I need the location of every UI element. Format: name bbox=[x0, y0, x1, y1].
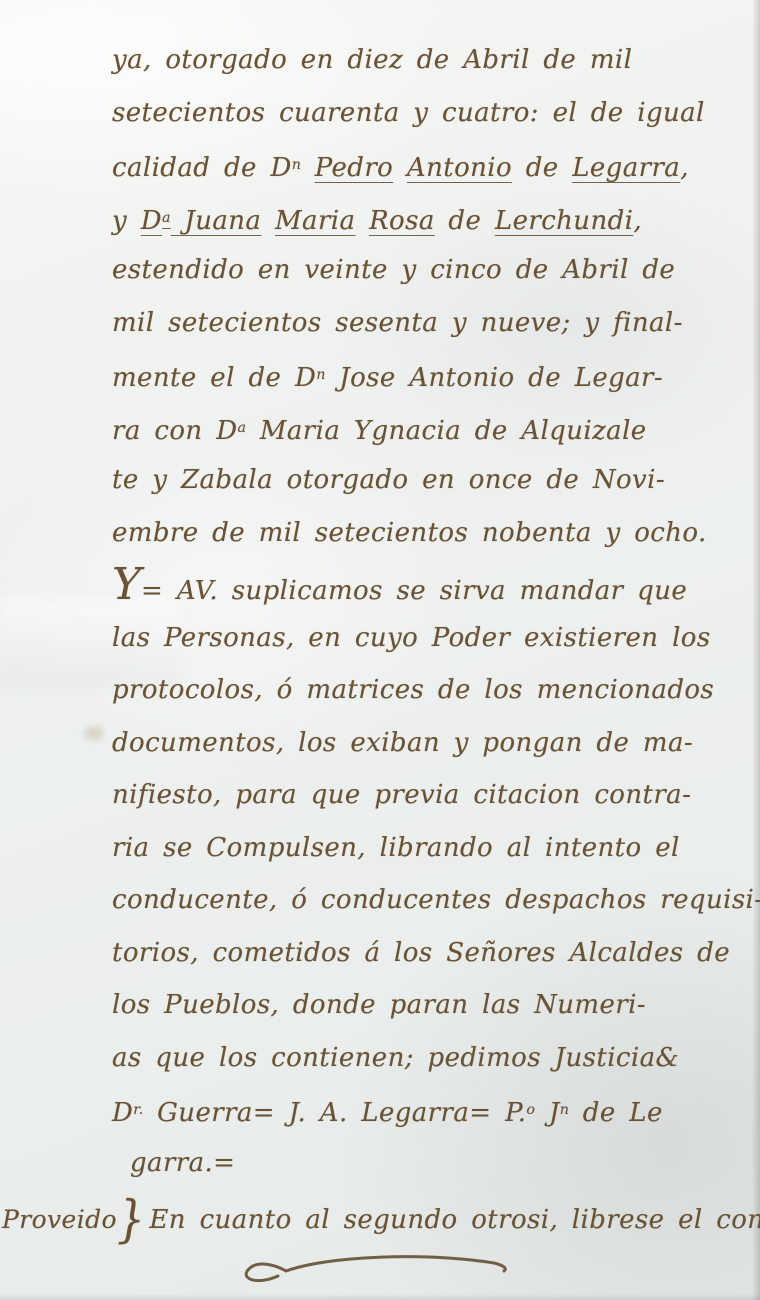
text-segment: de bbox=[512, 153, 572, 183]
manuscript-line: ria se Compulsen, librando al intento el bbox=[112, 822, 728, 875]
text-segment: a bbox=[237, 420, 246, 436]
text-segment: J bbox=[535, 1098, 560, 1128]
text-segment: setecientos cuarenta y cuatro: el de igu… bbox=[112, 98, 705, 128]
text-segment: o bbox=[526, 1102, 535, 1118]
text-segment: Lerchundi bbox=[495, 206, 633, 236]
text-segment: Guerra= J. A. Legarra= P. bbox=[143, 1098, 526, 1128]
text-segment bbox=[355, 206, 369, 236]
manuscript-line: protocolos, ó matrices de los mencionado… bbox=[112, 664, 728, 717]
text-segment: Maria bbox=[275, 206, 355, 236]
manuscript-line: Y= AV. suplicamos se sirva mandar que bbox=[112, 559, 728, 612]
text-segment: Pedro bbox=[315, 153, 393, 183]
paper-stain bbox=[84, 726, 104, 740]
text-segment: nifiesto, para que previa citacion contr… bbox=[112, 780, 691, 810]
text-segment: ra con D bbox=[112, 416, 237, 446]
text-segment: garra.= bbox=[130, 1148, 235, 1178]
text-segment: as que los contienen; pedimos Justicia& bbox=[112, 1043, 679, 1073]
text-segment: n bbox=[292, 157, 301, 173]
text-segment: D bbox=[112, 1098, 133, 1128]
text-segment: mente el de D bbox=[112, 363, 316, 393]
text-segment: de Le bbox=[569, 1098, 663, 1128]
text-segment: y bbox=[112, 206, 141, 236]
text-segment: te y Zabala otorgado en once de Novi- bbox=[112, 465, 665, 495]
text-segment: las Personas, en cuyo Poder existieren l… bbox=[112, 623, 711, 653]
manuscript-line: conducente, ó conducentes despachos requ… bbox=[112, 874, 728, 927]
text-segment: n bbox=[560, 1102, 569, 1118]
manuscript-line: mente el de Dn Jose Antonio de Legar- bbox=[112, 349, 728, 402]
manuscript-page: ya, otorgado en diez de Abril de milsete… bbox=[0, 0, 760, 1300]
text-segment: Legarra bbox=[572, 153, 680, 183]
manuscript-line: mil setecientos sesenta y nueve; y final… bbox=[112, 297, 728, 350]
text-segment: n bbox=[316, 367, 325, 383]
text-segment: Juana bbox=[171, 206, 262, 236]
text-segment: torios, cometidos á los Señores Alcaldes… bbox=[112, 938, 730, 968]
manuscript-line: los Pueblos, donde paran las Numeri- bbox=[112, 979, 728, 1032]
manuscript-line: ya, otorgado en diez de Abril de mil bbox=[112, 34, 728, 87]
text-segment: Y bbox=[112, 559, 141, 610]
text-segment: , bbox=[680, 153, 689, 183]
manuscript-line: documentos, los exiban y pongan de ma- bbox=[112, 717, 728, 770]
manuscript-line: Dr. Guerra= J. A. Legarra= P.o Jn de Le bbox=[112, 1084, 728, 1137]
text-segment: a bbox=[162, 210, 171, 226]
text-segment: r. bbox=[133, 1102, 143, 1118]
manuscript-line: as que los contienen; pedimos Justicia& bbox=[112, 1032, 728, 1085]
manuscript-line: las Personas, en cuyo Poder existieren l… bbox=[112, 612, 728, 665]
text-segment: conducente, ó conducentes despachos requ… bbox=[112, 885, 760, 915]
text-segment bbox=[393, 153, 407, 183]
text-segment: D bbox=[141, 206, 162, 236]
text-segment: mil setecientos sesenta y nueve; y final… bbox=[112, 308, 683, 338]
manuscript-line: estendido en veinte y cinco de Abril de bbox=[112, 244, 728, 297]
text-segment: , bbox=[633, 206, 642, 236]
manuscript-line: ra con Da Maria Ygnacia de Alquizale bbox=[112, 402, 728, 455]
ink-flourish bbox=[232, 1246, 522, 1292]
manuscript-line: te y Zabala otorgado en once de Novi- bbox=[112, 454, 728, 507]
text-segment: ria se Compulsen, librando al intento el bbox=[112, 833, 680, 863]
text-segment: Rosa bbox=[369, 206, 435, 236]
manuscript-line: setecientos cuarenta y cuatro: el de igu… bbox=[112, 87, 728, 140]
text-segment: Jose Antonio de Legar- bbox=[326, 363, 663, 393]
brace-glyph: } bbox=[117, 1190, 145, 1250]
text-segment: documentos, los exiban y pongan de ma- bbox=[112, 728, 693, 758]
manuscript-line: nifiesto, para que previa citacion contr… bbox=[112, 769, 728, 822]
text-segment: de bbox=[435, 206, 495, 236]
page-bottom-shadow bbox=[0, 1294, 760, 1300]
text-segment: embre de mil setecientos nobenta y ocho. bbox=[112, 518, 707, 548]
manuscript-line: torios, cometidos á los Señores Alcaldes… bbox=[112, 927, 728, 980]
text-segment: protocolos, ó matrices de los mencionado… bbox=[112, 675, 714, 705]
manuscript-line: garra.= bbox=[112, 1137, 728, 1190]
manuscript-line: calidad de Dn Pedro Antonio de Legarra, bbox=[112, 139, 728, 192]
proveido-text: En cuanto al segundo otrosi, librese el … bbox=[145, 1205, 760, 1235]
text-segment: calidad de D bbox=[112, 153, 292, 183]
text-segment bbox=[261, 206, 275, 236]
text-segment: Maria Ygnacia de Alquizale bbox=[246, 416, 646, 446]
text-segment: los Pueblos, donde paran las Numeri- bbox=[112, 990, 646, 1020]
text-segment: ya, otorgado en diez de Abril de mil bbox=[112, 45, 632, 75]
text-segment bbox=[301, 153, 315, 183]
text-segment: Antonio bbox=[407, 153, 512, 183]
page-edge-shadow bbox=[752, 0, 760, 1300]
manuscript-text-block: ya, otorgado en diez de Abril de milsete… bbox=[112, 34, 728, 1189]
marginal-note-label: Proveido bbox=[2, 1205, 117, 1234]
text-segment: estendido en veinte y cinco de Abril de bbox=[112, 255, 675, 285]
manuscript-line: y Da Juana Maria Rosa de Lerchundi, bbox=[112, 192, 728, 245]
marginal-note-line: Proveido}En cuanto al segundo otrosi, li… bbox=[2, 1194, 758, 1246]
text-segment: = AV. suplicamos se sirva mandar que bbox=[141, 576, 687, 606]
manuscript-line: embre de mil setecientos nobenta y ocho. bbox=[112, 507, 728, 560]
